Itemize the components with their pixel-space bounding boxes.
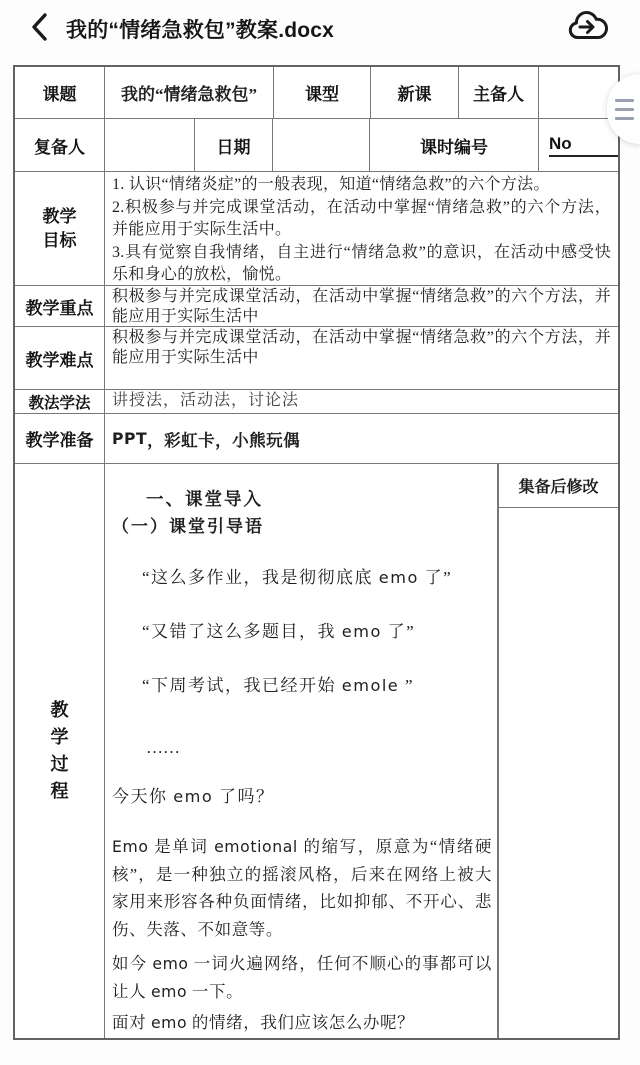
cell-lesson-type-label: 课型 bbox=[274, 67, 371, 118]
cell-goals-content: 1. 认识“情绪炎症”的一般表现，知道“情绪急救”的六个方法。 2.积极参与并完… bbox=[105, 172, 618, 285]
table-row: 教学目标 1. 认识“情绪炎症”的一般表现，知道“情绪急救”的六个方法。 2.积… bbox=[15, 172, 618, 286]
revision-column-body bbox=[499, 508, 618, 1038]
emo-question-paragraph: 面对 emo 的情绪，我们应该怎么办呢？ bbox=[110, 1009, 492, 1037]
goal-item: 3.具有觉察自我情绪，自主进行“情绪急救”的意识，在活动中感受快乐和身心的放松，… bbox=[112, 242, 611, 286]
cell-revision-column: 集备后修改 bbox=[498, 464, 618, 1038]
cell-main-preparer-label: 主备人 bbox=[459, 67, 539, 118]
cell-topic-value: 我的“情绪急救包” bbox=[105, 67, 274, 118]
document-title: 我的“情绪急救包”教案.docx bbox=[66, 14, 334, 44]
cell-date-label: 日期 bbox=[195, 119, 273, 171]
student-quote: “下周考试，我已经开始 emole ” bbox=[110, 674, 492, 698]
cell-process-content: 一、课堂导入 （一）课堂引导语 “这么多作业，我是彻彻底底 emo 了” “又错… bbox=[105, 464, 498, 1038]
student-quote: “这么多作业，我是彻彻底底 emo 了” bbox=[110, 566, 492, 590]
table-row: 教学难点 积极参与并完成课堂活动，在活动中掌握“情绪急救”的六个方法，并能应用于… bbox=[15, 327, 618, 390]
goal-item: 1. 认识“情绪炎症”的一般表现，知道“情绪急救”的六个方法。 bbox=[112, 174, 611, 197]
student-quote: “又错了这么多题目，我 emo 了” bbox=[110, 620, 492, 644]
table-row: 教学过程 一、课堂导入 （一）课堂引导语 “这么多作业，我是彻彻底底 emo 了… bbox=[15, 464, 618, 1038]
chevron-left-icon bbox=[29, 12, 49, 47]
section-heading: 一、课堂导入 bbox=[110, 486, 492, 512]
process-label-text: 教学过程 bbox=[50, 697, 70, 805]
cell-methods-label: 教法学法 bbox=[15, 390, 105, 413]
cell-co-preparer-label: 复备人 bbox=[15, 119, 105, 171]
cell-methods-content: 讲授法，活动法，讨论法 bbox=[105, 390, 618, 413]
cloud-upload-icon bbox=[565, 8, 609, 49]
table-row: 教法学法 讲授法，活动法，讨论法 bbox=[15, 390, 618, 414]
cell-date-value bbox=[273, 119, 370, 171]
sub-heading: （一）课堂引导语 bbox=[110, 514, 492, 540]
cell-preparation-content: PPT，彩虹卡，小熊玩偶 bbox=[105, 414, 618, 463]
table-row: 复备人 日期 课时编号 No bbox=[15, 119, 618, 172]
cell-preparation-label: 教学准备 bbox=[15, 414, 105, 463]
table-row: 教学重点 积极参与并完成课堂活动，在活动中掌握“情绪急救”的六个方法，并能应用于… bbox=[15, 286, 618, 327]
share-button[interactable] bbox=[564, 8, 610, 48]
cell-key-point-label: 教学重点 bbox=[15, 286, 105, 326]
emo-definition-paragraph: Emo 是单词 emotional 的缩写，原意为“情绪硬核”，是一种独立的摇滚… bbox=[110, 833, 492, 943]
goal-item: 2.积极参与并完成课堂活动，在活动中掌握“情绪急救”的六个方法，并能应用于实际生… bbox=[112, 197, 611, 242]
preparation-text: PPT，彩虹卡，小熊玩偶 bbox=[105, 414, 618, 463]
back-button[interactable] bbox=[24, 12, 54, 46]
cell-key-point-content: 积极参与并完成课堂活动，在活动中掌握“情绪急救”的六个方法，并能应用于实际生活中 bbox=[105, 286, 618, 326]
lead-question: 今天你 emo 了吗？ bbox=[110, 785, 492, 809]
emo-popular-paragraph: 如今 emo 一词火遍网络，任何不顺心的事都可以让人 emo 一下。 bbox=[110, 950, 492, 1005]
lesson-plan-table[interactable]: 课题 我的“情绪急救包” 课型 新课 主备人 复备人 日期 课时编号 No 教学… bbox=[13, 65, 620, 1040]
cell-period-number-label: 课时编号 bbox=[370, 119, 539, 171]
cell-difficulty-label: 教学难点 bbox=[15, 327, 105, 389]
cell-co-preparer-value bbox=[105, 119, 195, 171]
table-row: 课题 我的“情绪急救包” 课型 新课 主备人 bbox=[15, 67, 618, 119]
cell-process-label: 教学过程 bbox=[15, 464, 105, 1038]
ellipsis-text: …… bbox=[110, 736, 492, 760]
cell-difficulty-content: 积极参与并完成课堂活动，在活动中掌握“情绪急救”的六个方法，并能应用于实际生活中 bbox=[105, 327, 618, 389]
cell-period-number-value: No bbox=[539, 119, 618, 171]
cell-lesson-type-value: 新课 bbox=[371, 67, 459, 118]
table-row: 教学准备 PPT，彩虹卡，小熊玩偶 bbox=[15, 414, 618, 464]
period-number-blank: No bbox=[549, 134, 618, 157]
cell-goals-label: 教学目标 bbox=[15, 172, 105, 285]
cell-topic-label: 课题 bbox=[15, 67, 105, 118]
top-bar: 我的“情绪急救包”教案.docx bbox=[0, 0, 640, 58]
revision-column-header: 集备后修改 bbox=[499, 464, 618, 508]
